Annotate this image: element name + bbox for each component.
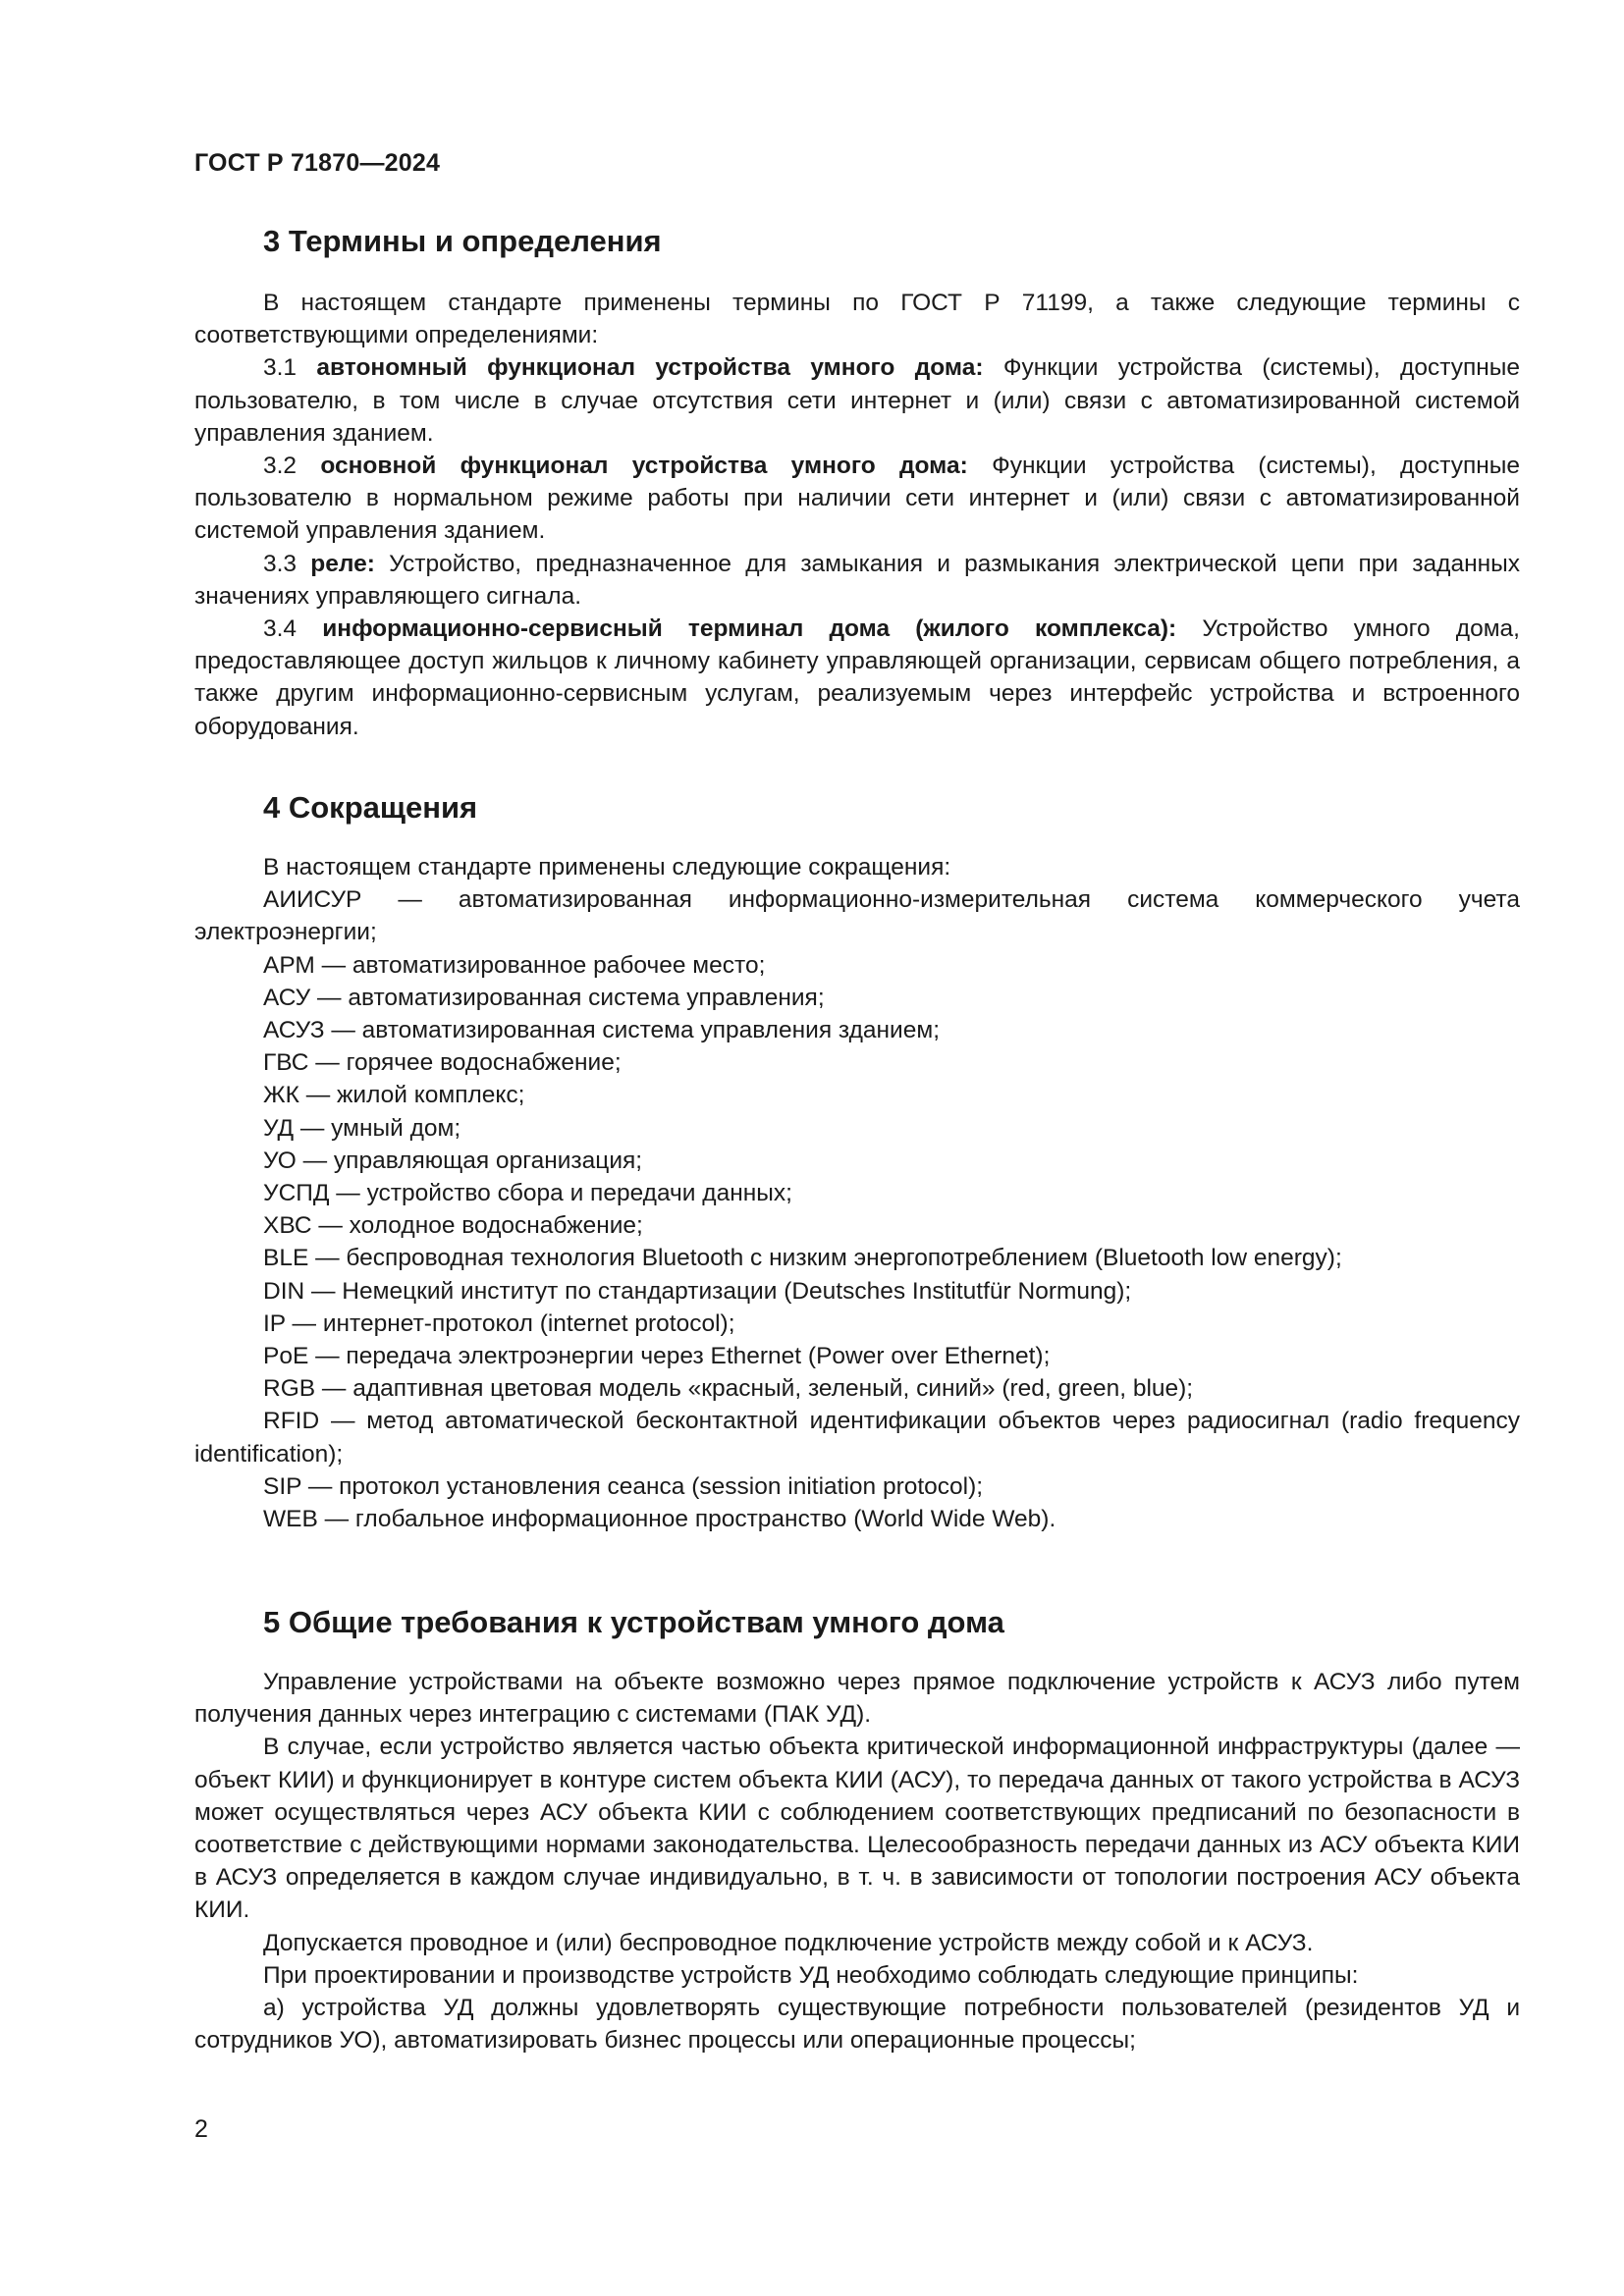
section-3-title: 3 Термины и определения xyxy=(263,224,662,259)
abbreviation-item: АИИСУР — автоматизированная информационн… xyxy=(194,883,1520,948)
paragraph: В случае, если устройство является часть… xyxy=(194,1731,1520,1926)
abbreviation-list: АИИСУР — автоматизированная информационн… xyxy=(194,883,1520,1535)
abbreviation-item: УО — управляющая организация; xyxy=(194,1145,1520,1177)
section-4-title: 4 Сокращения xyxy=(263,790,477,826)
term-3-4: 3.4 информационно-сервисный терминал дом… xyxy=(194,613,1520,743)
abbreviation-item: IP — интернет-протокол (internet protoco… xyxy=(194,1308,1520,1340)
section-4-intro: В настоящем стандарте применены следующи… xyxy=(194,851,1520,883)
section-5-body: Управление устройствами на объекте возмо… xyxy=(194,1666,1520,2056)
page-number: 2 xyxy=(194,2115,208,2144)
abbreviation-item: BLE — беспроводная технология Bluetooth … xyxy=(194,1242,1520,1274)
paragraph: При проектировании и производстве устрой… xyxy=(194,1959,1520,1992)
section-3-intro: В настоящем стандарте применены термины … xyxy=(194,287,1520,351)
section-5-title: 5 Общие требования к устройствам умного … xyxy=(263,1605,1004,1640)
abbreviation-item: WEB — глобальное информационное простран… xyxy=(194,1503,1520,1535)
paragraph: Управление устройствами на объекте возмо… xyxy=(194,1666,1520,1731)
term-3-3: 3.3 реле: Устройство, предназначенное дл… xyxy=(194,548,1520,613)
term-3-1: 3.1 автономный функционал устройства умн… xyxy=(194,351,1520,450)
abbreviation-item: SIP — протокол установления сеанса (sess… xyxy=(194,1470,1520,1503)
document-header: ГОСТ Р 71870—2024 xyxy=(194,149,440,178)
abbreviation-item: DIN — Немецкий институт по стандартизаци… xyxy=(194,1275,1520,1308)
abbreviation-item: ХВС — холодное водоснабжение; xyxy=(194,1209,1520,1242)
abbreviation-item: УСПД — устройство сбора и передачи данны… xyxy=(194,1177,1520,1209)
term-name: реле: xyxy=(310,551,375,577)
term-name: информационно-сервисный терминал дома (ж… xyxy=(322,615,1176,642)
abbreviation-item: RFID — метод автоматической бесконтактно… xyxy=(194,1405,1520,1469)
term-3-2: 3.2 основной функционал устройства умног… xyxy=(194,450,1520,548)
abbreviation-item: АСУЗ — автоматизированная система управл… xyxy=(194,1014,1520,1046)
abbreviation-item: ГВС — горячее водоснабжение; xyxy=(194,1046,1520,1079)
list-item-a: а) устройства УД должны удовлетворять су… xyxy=(194,1992,1520,2056)
term-definition: Устройство, предназначенное для замыкани… xyxy=(194,551,1520,610)
section-3-body: В настоящем стандарте применены термины … xyxy=(194,287,1520,743)
abbreviation-item: RGB — адаптивная цветовая модель «красны… xyxy=(194,1372,1520,1405)
abbreviation-item: PoE — передача электроэнергии через Ethe… xyxy=(194,1340,1520,1372)
abbreviation-item: АРМ — автоматизированное рабочее место; xyxy=(194,949,1520,982)
abbreviation-item: УД — умный дом; xyxy=(194,1112,1520,1145)
term-name: основной функционал устройства умного до… xyxy=(320,453,967,479)
abbreviation-item: АСУ — автоматизированная система управле… xyxy=(194,982,1520,1014)
section-4-body: В настоящем стандарте применены следующи… xyxy=(194,851,1520,1535)
abbreviation-item: ЖК — жилой комплекс; xyxy=(194,1079,1520,1111)
paragraph: Допускается проводное и (или) беспроводн… xyxy=(194,1927,1520,1959)
term-name: автономный функционал устройства умного … xyxy=(316,354,983,381)
